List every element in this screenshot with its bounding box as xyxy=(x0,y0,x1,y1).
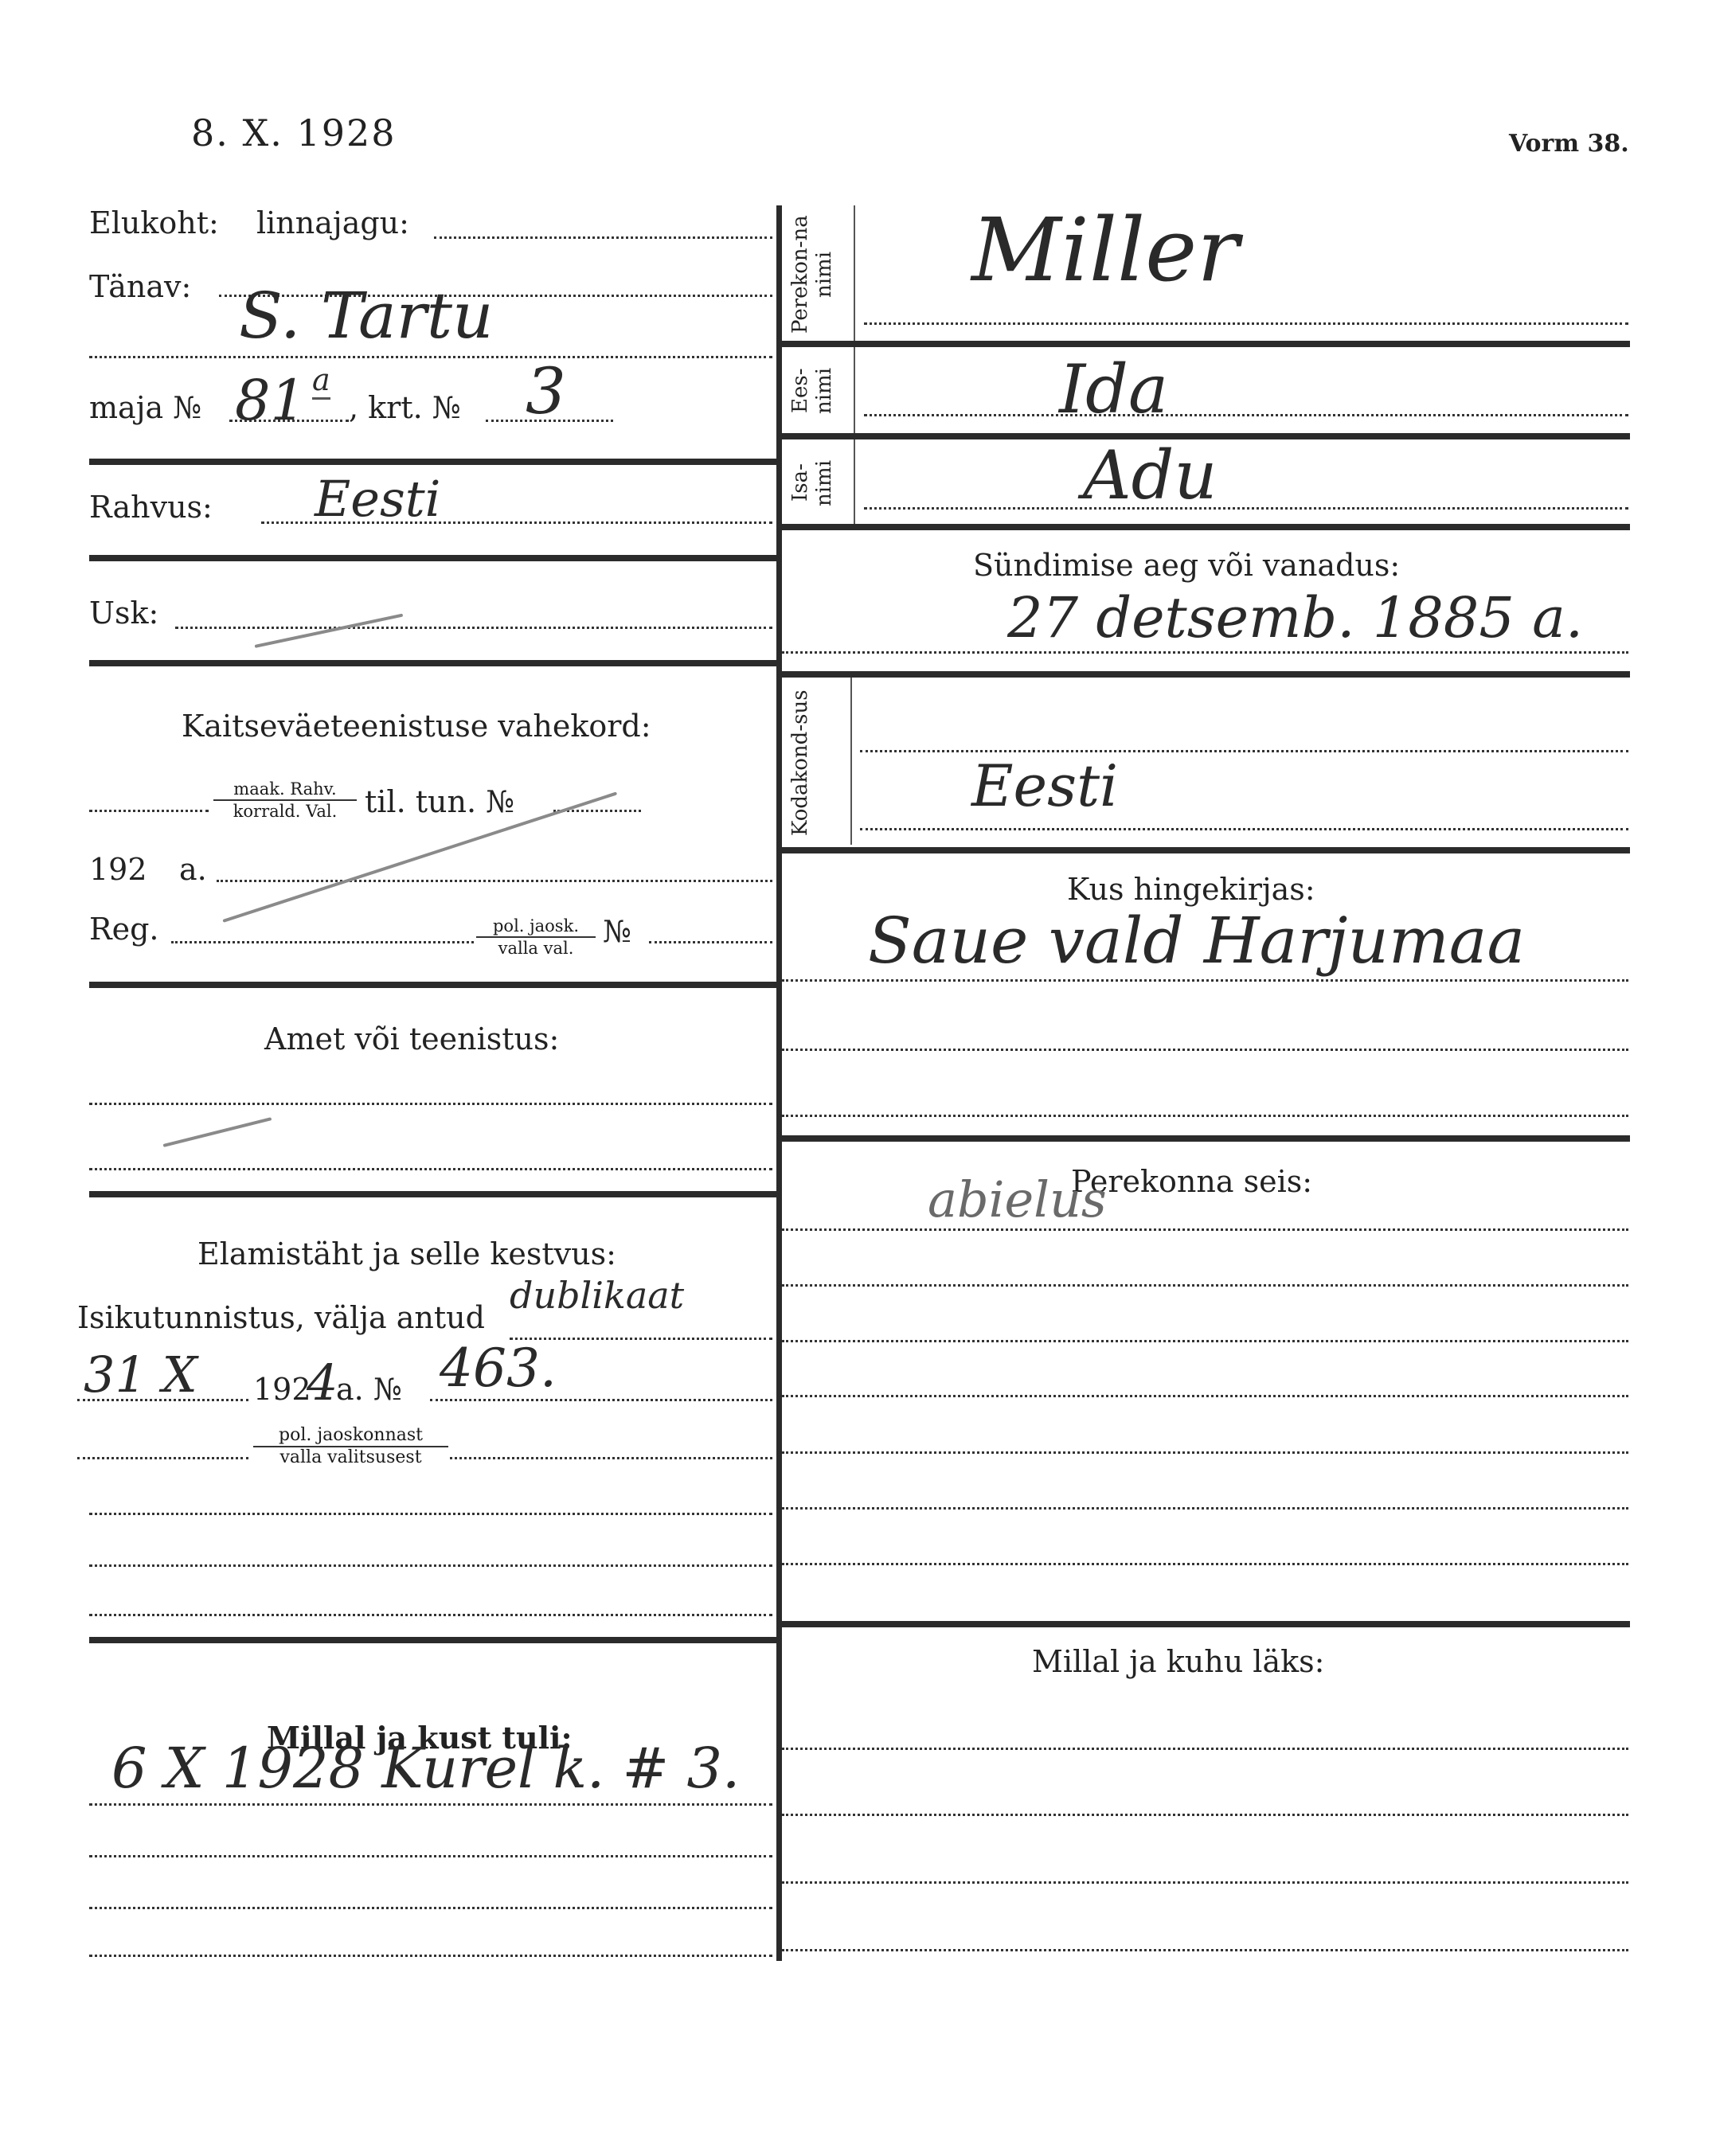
birth-value[interactable]: 27 detsemb. 1885 a. xyxy=(1007,585,1583,650)
residence-field-line xyxy=(89,1614,772,1616)
arrival-field-line xyxy=(89,1907,772,1909)
usk-label: Usk: xyxy=(89,596,158,631)
maja-value[interactable]: 81 xyxy=(235,368,306,433)
elukoht-label: Elukoht: xyxy=(89,205,219,240)
first-name-field-line xyxy=(864,414,1628,416)
military-field-line xyxy=(89,810,209,812)
divider xyxy=(89,982,776,988)
maja-suffix: a xyxy=(312,362,330,400)
family-status-field-line xyxy=(782,1451,1628,1454)
reg-no-field-line xyxy=(649,941,772,943)
year-prefix: 192 xyxy=(89,852,147,887)
tanav-label: Tänav: xyxy=(89,269,191,304)
id-year-prefix: 192 xyxy=(253,1372,311,1407)
reg-no-label: № xyxy=(603,914,631,949)
center-divider xyxy=(776,205,782,1961)
krt-value[interactable]: 3 xyxy=(526,354,566,428)
til-tun-label: til. tun. № xyxy=(365,784,514,819)
family-status-field-line xyxy=(782,1507,1628,1510)
arrival-field-line xyxy=(89,1803,772,1806)
form-number: Vorm 38. xyxy=(1509,130,1629,158)
residence-field-line xyxy=(89,1564,772,1567)
year-suffix: a. xyxy=(179,852,207,887)
registry-field-line xyxy=(782,1115,1628,1117)
residence-permit-heading: Elamistäht ja selle kestvus: xyxy=(197,1236,616,1271)
family-status-field-line xyxy=(782,1563,1628,1565)
usk-dash-stroke xyxy=(255,614,404,648)
registry-heading: Kus hingekirjas: xyxy=(1067,872,1315,907)
father-name-label: Isa-nimi xyxy=(788,441,852,525)
id-number[interactable]: 463. xyxy=(440,1338,557,1399)
departure-field-line xyxy=(782,1949,1628,1951)
arrival-field-line xyxy=(89,1855,772,1857)
divider xyxy=(89,555,776,561)
linnajagu-label: linnajagu: xyxy=(256,205,409,240)
fraction-top: maak. Rahv. xyxy=(213,779,357,801)
rahvus-value[interactable]: Eesti xyxy=(315,470,441,528)
citizenship-label: Kodakond-sus xyxy=(788,683,848,842)
divider xyxy=(782,847,1630,853)
divider xyxy=(89,1191,776,1197)
departure-heading: Millal ja kuhu läks: xyxy=(1032,1644,1324,1679)
divider xyxy=(89,1637,776,1643)
residence-field-line xyxy=(89,1513,772,1515)
first-name-label: Ees-nimi xyxy=(788,349,852,432)
occupation-field-line-2 xyxy=(89,1168,772,1170)
divider xyxy=(782,341,1630,347)
tanav-field-line-2 xyxy=(89,356,772,358)
id-card-note[interactable]: dublikaat xyxy=(510,1274,684,1317)
departure-field-line xyxy=(782,1814,1628,1816)
family-status-field-line xyxy=(782,1228,1628,1231)
reg-field-line xyxy=(171,941,474,943)
date-stamp: 8. X. 1928 xyxy=(191,111,397,154)
occupation-heading: Amet või teenistus: xyxy=(264,1021,559,1057)
divider xyxy=(89,459,776,465)
linnajagu-field[interactable] xyxy=(434,236,772,239)
maja-label: maja № xyxy=(89,390,201,425)
military-fraction-1: maak. Rahv. korrald. Val. xyxy=(213,779,357,822)
usk-field-line xyxy=(175,627,772,629)
registry-field-line xyxy=(782,979,1628,982)
departure-field-line xyxy=(782,1748,1628,1750)
tanav-value[interactable]: S. Tartu xyxy=(239,279,494,353)
id-issue-day-line xyxy=(77,1399,248,1401)
id-issue-day[interactable]: 31 X xyxy=(84,1346,197,1404)
id-year-digit[interactable]: 4 xyxy=(307,1353,338,1412)
family-status-value[interactable]: abielus xyxy=(928,1170,1107,1228)
divider xyxy=(782,524,1630,530)
occupation-field-line xyxy=(89,1103,772,1105)
divider xyxy=(782,671,1630,678)
id-year-suffix: a. № xyxy=(336,1372,402,1407)
label-box-line xyxy=(854,205,855,526)
id-issuer-line-left xyxy=(77,1457,248,1459)
birth-field-line xyxy=(782,651,1628,654)
surname-field-line xyxy=(864,322,1628,325)
occupation-dash-stroke xyxy=(163,1117,272,1147)
registry-value[interactable]: Saue vald Harjumaa xyxy=(868,904,1525,978)
family-status-field-line xyxy=(782,1284,1628,1287)
father-name-value[interactable]: Adu xyxy=(1083,436,1218,514)
arrival-field-line xyxy=(89,1955,772,1957)
birth-heading: Sündimise aeg või vanadus: xyxy=(973,548,1400,583)
father-name-field-line xyxy=(864,507,1628,510)
military-heading: Kaitseväeteenistuse vahekord: xyxy=(182,709,651,744)
id-number-field-line xyxy=(430,1399,772,1401)
label-box-line xyxy=(850,678,852,845)
fraction-bottom: valla valitsusest xyxy=(279,1447,421,1467)
surname-label: Perekon-na nimi xyxy=(788,209,852,340)
rahvus-label: Rahvus: xyxy=(89,490,213,525)
fraction-bottom: korrald. Val. xyxy=(233,802,338,821)
year-field-line xyxy=(217,880,772,882)
fraction-top: pol. jaosk. xyxy=(476,916,596,938)
divider xyxy=(89,660,776,666)
fraction-top: pol. jaoskonnast xyxy=(253,1425,448,1447)
id-issuer-line-right xyxy=(450,1457,772,1459)
divider xyxy=(782,1621,1630,1627)
family-status-heading: Perekonna seis: xyxy=(1071,1164,1312,1199)
departure-field-line xyxy=(782,1881,1628,1884)
id-card-label: Isikutunnistus, välja antud xyxy=(77,1300,485,1335)
family-status-field-line xyxy=(782,1395,1628,1397)
family-status-field-line xyxy=(782,1340,1628,1342)
surname-value[interactable]: Miller xyxy=(971,199,1239,301)
id-issuer-fraction: pol. jaoskonnast valla valitsusest xyxy=(253,1425,448,1468)
registry-field-line xyxy=(782,1049,1628,1051)
reg-label: Reg. xyxy=(89,912,159,947)
citizenship-value[interactable]: Eesti xyxy=(971,752,1118,819)
fraction-bottom: valla val. xyxy=(498,939,574,958)
krt-label: , krt. № xyxy=(349,390,461,425)
first-name-value[interactable]: Ida xyxy=(1059,350,1168,428)
divider xyxy=(782,1135,1630,1142)
arrival-value[interactable]: 6 X 1928 Kurel k. # 3. xyxy=(111,1736,740,1801)
citizenship-field-line-2 xyxy=(860,828,1628,830)
military-fraction-2: pol. jaosk. valla val. xyxy=(476,916,596,959)
